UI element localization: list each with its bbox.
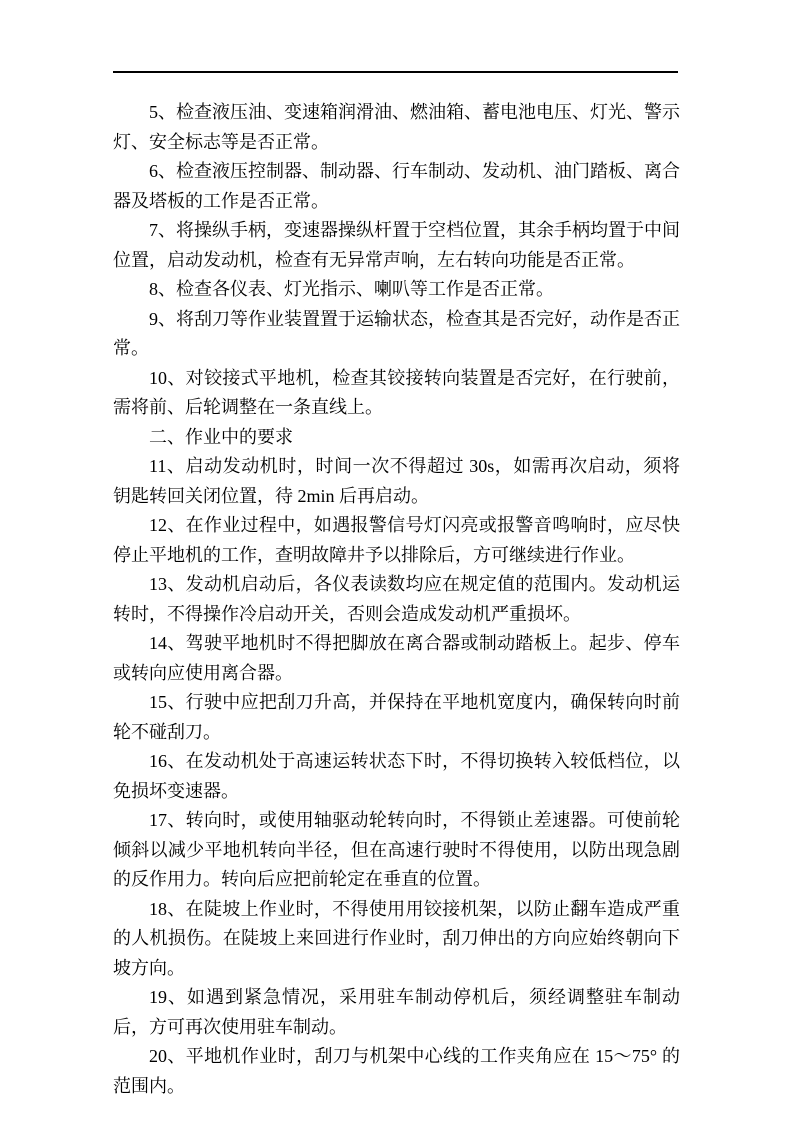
paragraph-item-9: 9、将刮刀等作业装置置于运输状态，检查其是否完好，动作是否正常。 [113, 305, 680, 364]
paragraph-item-15: 15、行驶中应把刮刀升高，并保持在平地机宽度内，确保转向时前轮不碰刮刀。 [113, 688, 680, 747]
paragraph-item-11: 11、启动发动机时，时间一次不得超过 30s，如需再次启动，须将钥匙转回关闭位置… [113, 452, 680, 511]
paragraph-item-13: 13、发动机启动后，各仪表读数均应在规定值的范围内。发动机运转时，不得操作冷启动… [113, 570, 680, 629]
paragraph-item-10: 10、对铰接式平地机，检查其铰接转向装置是否完好，在行驶前，需将前、后轮调整在一… [113, 364, 680, 423]
paragraph-item-16: 16、在发动机处于高速运转状态下时，不得切换转入较低档位，以免损坏变速器。 [113, 747, 680, 806]
header-separator-line [113, 71, 678, 73]
paragraph-item-14: 14、驾驶平地机时不得把脚放在离合器或制动踏板上。起步、停车或转向应使用离合器。 [113, 629, 680, 688]
paragraph-item-19: 19、如遇到紧急情况，采用驻车制动停机后，须经调整驻车制动后，方可再次使用驻车制… [113, 983, 680, 1042]
paragraph-item-7: 7、将操纵手柄，变速器操纵杆置于空档位置，其余手柄均置于中间位置，启动发动机，检… [113, 216, 680, 275]
paragraph-item-12: 12、在作业过程中，如遇报警信号灯闪亮或报警音鸣响时，应尽快停止平地机的工作，查… [113, 511, 680, 570]
document-body: 5、检查液压油、变速箱润滑油、燃油箱、蓄电池电压、灯光、警示灯、安全标志等是否正… [113, 98, 680, 1101]
paragraph-item-8: 8、检查各仪表、灯光指示、喇叭等工作是否正常。 [113, 275, 680, 305]
paragraph-item-6: 6、检查液压控制器、制动器、行车制动、发动机、油门踏板、离合器及塔板的工作是否正… [113, 157, 680, 216]
paragraph-item-5: 5、检查液压油、变速箱润滑油、燃油箱、蓄电池电压、灯光、警示灯、安全标志等是否正… [113, 98, 680, 157]
paragraph-item-18: 18、在陡坡上作业时，不得使用用铰接机架，以防止翻车造成严重的人机损伤。在陡坡上… [113, 895, 680, 984]
document-page: 5、检查液压油、变速箱润滑油、燃油箱、蓄电池电压、灯光、警示灯、安全标志等是否正… [0, 0, 793, 1122]
paragraph-item-17: 17、转向时，或使用轴驱动轮转向时，不得锁止差速器。可使前轮倾斜以减少平地机转向… [113, 806, 680, 895]
section-heading: 二、作业中的要求 [113, 423, 680, 453]
paragraph-item-20: 20、平地机作业时，刮刀与机架中心线的工作夹角应在 15～75° 的范围内。 [113, 1042, 680, 1101]
